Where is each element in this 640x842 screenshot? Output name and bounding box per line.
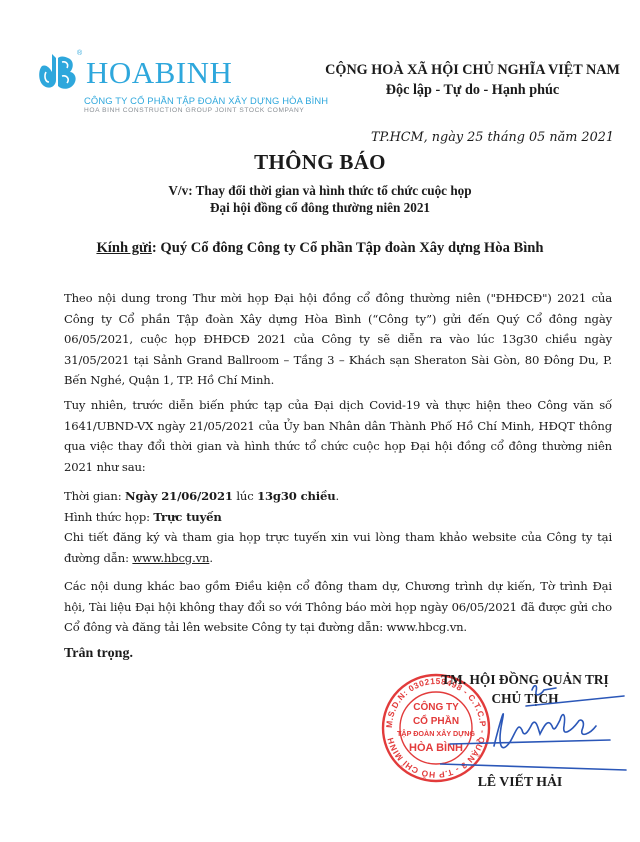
subject-line-1: V/v: Thay đổi thời gian và hình thức tổ …: [0, 182, 640, 199]
details-end: .: [209, 551, 213, 565]
time-end: .: [336, 489, 340, 503]
subject-line-2: Đại hội đồng cổ đông thường niên 2021: [0, 199, 640, 216]
new-meeting-details: Thời gian: Ngày 21/06/2021 lúc 13g30 chi…: [64, 486, 612, 568]
logo-wordmark: HOABINH: [86, 56, 232, 90]
document-page: ® HOABINH CÔNG TY CỔ PHẦN TẬP ĐOÀN XÂY D…: [0, 0, 640, 842]
national-title: CỘNG HOÀ XÃ HỘI CHỦ NGHĨA VIỆT NAM: [320, 60, 625, 80]
national-motto: Độc lập - Tự do - Hạnh phúc: [320, 80, 625, 100]
hoabinh-logo-icon: [36, 52, 78, 92]
time-label: Thời gian:: [64, 489, 125, 503]
meeting-date: Ngày 21/06/2021: [125, 489, 233, 503]
format-value: Trực tuyến: [153, 510, 221, 524]
document-title: THÔNG BÁO: [0, 150, 640, 175]
meeting-time-line: Thời gian: Ngày 21/06/2021 lúc 13g30 chi…: [64, 486, 612, 507]
closing: Trân trọng.: [64, 646, 133, 662]
paragraph-original-meeting: Theo nội dung trong Thư mời họp Đại hội …: [64, 288, 612, 391]
handwritten-signature: [440, 682, 640, 782]
meeting-hour: 13g30 chiều: [257, 489, 335, 503]
recipient-line: Kính gửi: Quý Cổ đông Công ty Cổ phần Tậ…: [0, 240, 640, 257]
company-name-vn: CÔNG TY CỔ PHẦN TẬP ĐOÀN XÂY DỰNG HÒA BÌ…: [84, 95, 328, 106]
national-header: CỘNG HOÀ XÃ HỘI CHỦ NGHĨA VIỆT NAM Độc l…: [320, 60, 625, 100]
website-link[interactable]: www.hbcg.vn: [132, 551, 209, 565]
paragraph-change-reason: Tuy nhiên, trước diễn biến phức tạp của …: [64, 395, 612, 477]
registered-mark: ®: [77, 50, 82, 57]
dateline: TP.HCM, ngày 25 tháng 05 năm 2021: [371, 130, 614, 145]
company-logo: ® HOABINH CÔNG TY CỔ PHẦN TẬP ĐOÀN XÂY D…: [36, 52, 326, 122]
recipient-label: Kính gửi: [96, 240, 151, 256]
paragraph-other-content: Các nội dung khác bao gồm Điều kiện cổ đ…: [64, 576, 612, 638]
document-subject: V/v: Thay đổi thời gian và hình thức tổ …: [0, 182, 640, 216]
meeting-format-line: Hình thức họp: Trực tuyến: [64, 507, 612, 528]
registration-details: Chi tiết đăng ký và tham gia họp trực tu…: [64, 527, 612, 568]
recipient-text: : Quý Cổ đông Công ty Cổ phần Tập đoàn X…: [152, 240, 544, 256]
company-name-en: HOA BINH CONSTRUCTION GROUP JOINT STOCK …: [84, 107, 304, 114]
time-connector: lúc: [233, 489, 257, 503]
format-label: Hình thức họp:: [64, 510, 153, 524]
